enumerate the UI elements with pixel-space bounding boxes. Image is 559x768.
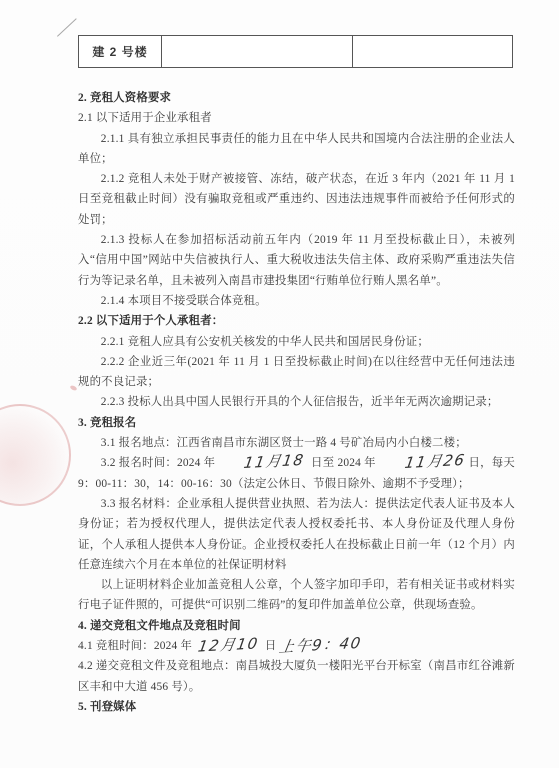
printed-text: 3.3 报名材料：企业承租人提供营业执照、若为法人：提供法定代表人证书及本人身份… (78, 498, 515, 571)
paragraph: 5. 刊登媒体 (78, 697, 515, 717)
red-seal-stamp (0, 404, 71, 506)
paragraph: 2. 竞租人资格要求 (78, 88, 515, 108)
printed-text: 2.1.4 本项目不接受联合体竞租。 (101, 295, 267, 307)
printed-text: 日 (262, 640, 277, 652)
printed-text: 2.2.1 竞租人应具有公安机关核发的中华人民共和国居民身份证； (101, 336, 429, 348)
printed-text: 2.1.3 投标人在参加招标活动前五年内（2019 年 11 月至投标截止日），… (78, 234, 515, 287)
paragraph: 4. 递交竞租文件地点及竞租时间 (78, 616, 515, 636)
printed-text: 2.2 以下适用于个人承租者： (78, 315, 223, 327)
paragraph: 2.1.1 具有独立承担民事责任的能力且在中华人民共和国境内合法注册的企业法人单… (78, 129, 515, 170)
document-page: 建 2 号楼 2. 竞租人资格要求2.1 以下适用于企业承租者2.1.1 具有独… (0, 0, 559, 768)
paragraph: 3.3 报名材料：企业承租人提供营业执照、若为法人：提供法定代表人证书及本人身份… (78, 494, 515, 575)
red-stamp-smudge (69, 385, 77, 392)
handwritten-text: 11月26 (381, 453, 467, 473)
paragraph: 2.1.4 本项目不接受联合体竞租。 (78, 291, 515, 311)
printed-text: 3. 竞租报名 (78, 417, 136, 429)
printed-text: 2.1 以下适用于企业承租者 (78, 112, 212, 124)
printed-text: 以上证明材料企业加盖竞租人公章，个人签字加印手印，若有相关证书或材料实行电子证件… (78, 579, 515, 611)
printed-text: 2.2.3 投标人出具中国人民银行开具的个人征信报告，近半年无两次逾期记录； (101, 396, 499, 408)
printed-text: 3.1 报名地点：江西省南昌市东湖区贤士一路 4 号矿冶局内小白楼二楼； (101, 437, 467, 449)
printed-text: 2.2.2 企业近三年(2021 年 11 月 1 日至投标截止时间)在以往经营… (78, 356, 515, 388)
printed-text: 4.1 竞租时间：2024 年 (78, 640, 195, 652)
paragraph: 2.2.1 竞租人应具有公安机关核发的中华人民共和国居民身份证； (78, 332, 515, 352)
printed-text: 2.1.1 具有独立承担民事责任的能力且在中华人民共和国境内合法注册的企业法人单… (78, 133, 515, 165)
printed-text: 日至 2024 年 (308, 457, 379, 469)
table-cell-empty-2 (353, 36, 512, 67)
paragraph: 2.2.3 投标人出具中国人民银行开具的个人征信报告，近半年无两次逾期记录； (78, 392, 515, 412)
paragraph: 4.1 竞租时间：2024 年 12月10 日上午9：40 (78, 636, 515, 656)
printed-text: 3.2 报名时间：2024 年 (101, 457, 219, 469)
printed-text: 5. 刊登媒体 (78, 701, 136, 713)
scan-fold-artifact (57, 18, 77, 36)
document-body: 2. 竞租人资格要求2.1 以下适用于企业承租者2.1.1 具有独立承担民事责任… (78, 88, 515, 717)
paragraph: 2.1 以下适用于企业承租者 (78, 108, 515, 128)
paragraph: 以上证明材料企业加盖竞租人公章，个人签字加印手印，若有相关证书或材料实行电子证件… (78, 575, 515, 616)
table-cell-building: 建 2 号楼 (79, 36, 162, 67)
printed-text: 2.1.2 竞租人未处于财产被接管、冻结，破产状态，在近 3 年内（2021 年… (78, 173, 515, 226)
printed-text: 4. 递交竞租文件地点及竞租时间 (78, 620, 241, 632)
table-cell-empty-1 (162, 36, 353, 67)
printed-text: 2. 竞租人资格要求 (78, 92, 171, 104)
paragraph: 2.2.2 企业近三年(2021 年 11 月 1 日至投标截止时间)在以往经营… (78, 352, 515, 393)
handwritten-text: 上午9：40 (278, 636, 363, 655)
paragraph: 2.2 以下适用于个人承租者： (78, 311, 515, 331)
building-table: 建 2 号楼 (78, 35, 513, 68)
paragraph: 2.1.3 投标人在参加招标活动前五年内（2019 年 11 月至投标截止日），… (78, 230, 515, 291)
paragraph: 3.2 报名时间：2024 年 11月18 日至 2024 年 11月26日，每… (78, 453, 515, 494)
printed-text: 4.2 递交竞租文件及竞租地点：南昌城投大厦负一楼阳光平台开标室（南昌市红谷滩新… (78, 660, 515, 692)
handwritten-text: 11月18 (220, 453, 306, 473)
paragraph: 4.2 递交竞租文件及竞租地点：南昌城投大厦负一楼阳光平台开标室（南昌市红谷滩新… (78, 656, 515, 697)
handwritten-text: 12月10 (197, 636, 260, 654)
paragraph: 2.1.2 竞租人未处于财产被接管、冻结，破产状态，在近 3 年内（2021 年… (78, 169, 515, 230)
paragraph: 3. 竞租报名 (78, 413, 515, 433)
